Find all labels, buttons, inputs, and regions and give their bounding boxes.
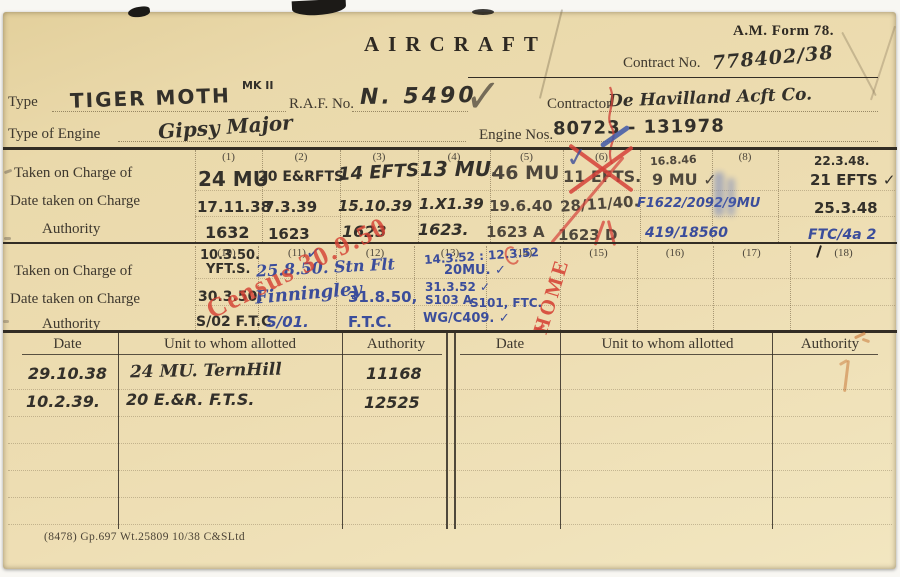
allot-header-authority-2: Authority — [790, 336, 870, 353]
charge-entry: 1632 — [205, 223, 250, 242]
allot-header-date-2: Date — [470, 336, 550, 353]
charge-entry: 31.3.52 ✓ — [425, 280, 490, 294]
allot-header-date: Date — [20, 336, 115, 353]
col-header-15: (15) — [560, 247, 637, 259]
charge-entry: 17.11.38 — [197, 198, 271, 216]
charge-entry: 14 EFTS — [338, 160, 420, 185]
col-header-8: (8) — [712, 151, 778, 163]
blue-check-mark: ✓ — [564, 142, 590, 175]
charge-entry: F1622/2092/9MU — [637, 196, 760, 211]
header-rule — [22, 354, 442, 355]
col-divider — [790, 246, 791, 330]
heavy-rule — [3, 147, 897, 150]
form-title: AIRCRAFT — [364, 32, 547, 57]
charge-entry: S101, FTC. — [470, 296, 542, 310]
row-ruling — [8, 402, 892, 417]
charge-entry: WG/C409. ✓ — [423, 311, 510, 326]
row-ruling — [8, 483, 892, 498]
charge-entry: FTC/4a 2 — [808, 227, 876, 243]
row-label-authority: Authority — [42, 221, 100, 238]
pencil-check-mark: ✓ — [463, 67, 502, 128]
form-number: A.M. Form 78. — [733, 23, 834, 40]
charge-entry: 9 MU ✓ — [652, 170, 717, 189]
type-mark-value: MK II — [242, 79, 274, 92]
header-rule — [460, 354, 878, 355]
dotted-blank — [352, 95, 468, 112]
col-divider — [262, 150, 263, 242]
charge-entry: 1623 — [268, 225, 310, 243]
raf-no-label: R.A.F. No. — [289, 96, 354, 113]
charge-entry: 1623. — [418, 220, 469, 239]
charge-entry: 21 EFTS ✓ — [810, 171, 895, 189]
charge-entry: S/01. — [266, 313, 309, 331]
charge-entry: 1.X1.39 — [419, 195, 484, 213]
col-header-17: (17) — [713, 247, 790, 259]
blue-smudge — [714, 172, 724, 216]
col-divider — [637, 246, 638, 330]
col-divider — [195, 150, 196, 242]
charge-entry: 16.8.46 — [650, 153, 697, 168]
printer-imprint: (8478) Gp.697 Wt.25809 10/38 C&SLtd — [44, 531, 245, 543]
col-divider — [778, 150, 779, 242]
charge-entry: YFT.S. — [206, 262, 250, 277]
charge-entry: S/02 F.T.C — [196, 314, 271, 330]
charge-entry: S103 A — [425, 293, 472, 307]
dotted-blank — [545, 126, 878, 142]
type-label: Type — [8, 94, 38, 111]
rule — [468, 77, 878, 78]
row-label-date-taken: Date taken on Charge — [10, 193, 140, 210]
row-ruling — [8, 510, 892, 525]
col-header-18: (18) — [790, 247, 897, 259]
row-label-taken-on-charge: Taken on Charge of — [14, 263, 132, 280]
dotted-blank — [52, 95, 286, 112]
blue-smudge — [727, 178, 735, 216]
dotted-blank — [118, 126, 466, 142]
row-ruling — [8, 456, 892, 471]
row-label-date-taken: Date taken on Charge — [10, 291, 140, 308]
col-divider — [713, 246, 714, 330]
charge-entry: 20 E&RFTS — [258, 169, 344, 185]
heavy-rule — [3, 330, 897, 333]
charge-entry: 31.8.50, — [348, 288, 417, 306]
margin-mark — [4, 237, 11, 240]
allot-header-unit: Unit to whom allotted — [140, 336, 320, 353]
charge-entry: 7.3.39 — [264, 198, 317, 216]
dotted-blank — [600, 95, 878, 112]
rule — [3, 242, 897, 244]
engine-nos-label: Engine Nos. — [479, 127, 553, 144]
edge-smudge — [472, 9, 494, 15]
row-ruling — [8, 375, 892, 390]
scanned-record-card: A.M. Form 78. AIRCRAFT Contract No. 7784… — [0, 0, 900, 577]
row-ruling — [8, 429, 892, 444]
col-header-1: (1) — [195, 151, 262, 163]
allot-header-authority: Authority — [352, 336, 440, 353]
charge-entry: 25.3.48 — [814, 199, 878, 217]
allot-header-unit-2: Unit to whom allotted — [580, 336, 755, 353]
engine-type-label: Type of Engine — [8, 126, 100, 143]
charge-entry: 46 MU — [492, 162, 559, 184]
charge-entry: F.T.C. — [348, 313, 392, 331]
charge-entry: 20MU. ✓ — [444, 263, 506, 278]
row-label-taken-on-charge: Taken on Charge of — [14, 165, 132, 182]
charge-entry: 19.6.40 — [489, 197, 553, 215]
charge-entry: 13 MU. — [420, 157, 499, 181]
charge-entry: 10.3.50. — [200, 248, 260, 263]
charge-entry: 419/18560 — [645, 225, 728, 241]
charge-entry: 1623 A — [486, 223, 545, 241]
col-header-2: (2) — [262, 151, 340, 163]
col-header-16: (16) — [637, 247, 713, 259]
charge-entry: 22.3.48. — [814, 154, 869, 168]
contract-no-label: Contract No. — [623, 55, 700, 72]
margin-mark — [3, 320, 9, 323]
